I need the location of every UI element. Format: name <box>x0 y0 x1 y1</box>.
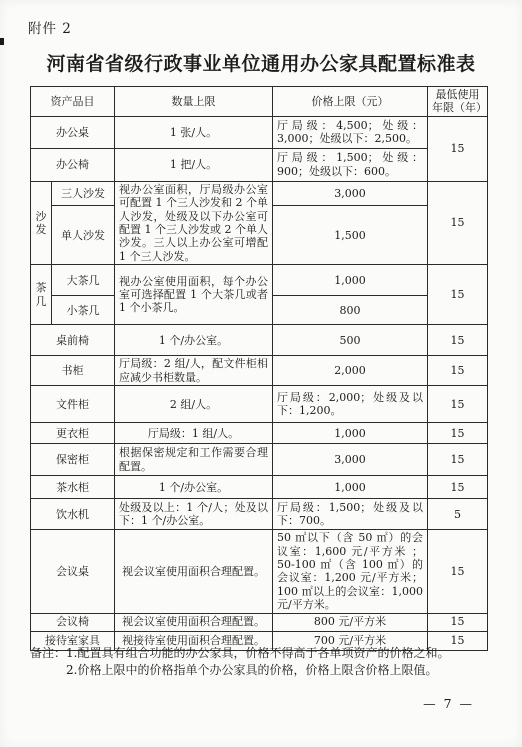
cell-desk-item: 办公桌 <box>31 116 115 148</box>
cell-wardrobe-price: 1,000 <box>273 423 428 444</box>
cell-desk-chair-years: 15 <box>428 325 488 356</box>
cell-tea-cabinet-price: 1,000 <box>273 476 428 499</box>
cell-conference-chair-years: 15 <box>428 613 488 631</box>
cell-conference-table-years: 15 <box>428 530 488 613</box>
cell-tea-small-price: 800 <box>273 296 428 325</box>
cell-wardrobe-item: 更衣柜 <box>31 423 115 444</box>
table-row-tea-cabinet: 茶水柜 1 个/办公室。 1,000 15 <box>31 476 488 499</box>
cell-tea-small-item: 小茶几 <box>52 296 115 325</box>
cell-office-chair-item: 办公椅 <box>31 148 115 181</box>
cell-conference-table-price: 50 ㎡以下（含 50 ㎡）的会议室：1,600 元/平方米 ；50-100 ㎡… <box>273 530 428 613</box>
cell-water-dispenser-quantity: 处级及以上：1 个/人；处及以下：1 个/办公室。 <box>115 499 273 530</box>
cell-desk-price: 厅局级：4,500；处级：3,000；处级以下：2,500。 <box>273 116 428 148</box>
cell-safe-cabinet-quantity: 根据保密规定和工作需要合理配置。 <box>115 444 273 476</box>
cell-sofa-quantity: 视办公室面积，厅局级办公室可配置 1 个三人沙发和 2 个单人沙发，处级及以下办… <box>115 181 273 264</box>
footnote-1-text: 1.配置具有组合功能的办公家具，价格不得高于各单项资产的价格之和。 <box>66 646 449 660</box>
header-item: 资产品目 <box>31 87 115 117</box>
cell-safe-cabinet-years: 15 <box>428 444 488 476</box>
cell-file-cabinet-item: 文件柜 <box>31 386 115 423</box>
table-row-office-chair: 办公椅 1 把/人。 厅局级：1,500；处级：900；处级以下：600。 <box>31 148 488 181</box>
cell-sofa-single-item: 单人沙发 <box>52 206 115 265</box>
table-row-bookcase: 书柜 厅局级：2 组/人，配文件柜相应减少书柜数量。 2,000 15 <box>31 356 488 386</box>
cell-sofa-three-item: 三人沙发 <box>52 181 115 205</box>
cell-tea-cabinet-quantity: 1 个/办公室。 <box>115 476 273 499</box>
cell-tea-years: 15 <box>428 265 488 325</box>
cell-sofa-single-price: 1,500 <box>273 206 428 265</box>
table-row-safe-cabinet: 保密柜 根据保密规定和工作需要合理配置。 3,000 15 <box>31 444 488 476</box>
cell-office-chair-quantity: 1 把/人。 <box>115 148 273 181</box>
cell-office-chair-price: 厅局级：1,500；处级：900；处级以下：600。 <box>273 148 428 181</box>
cell-conference-table-item: 会议桌 <box>31 530 115 613</box>
table-row-water-dispenser: 饮水机 处级及以上：1 个/人；处及以下：1 个/办公室。 厅局级：1,500；… <box>31 499 488 530</box>
cell-bookcase-years: 15 <box>428 356 488 386</box>
document-title: 河南省省级行政事业单位通用办公家具配置标准表 <box>0 49 522 76</box>
cell-water-dispenser-price: 厅局级：1,500；处级及以下：700。 <box>273 499 428 530</box>
table-row-conference-chair: 会议椅 视会议室使用面积合理配置。 800 元/平方米 15 <box>31 613 488 631</box>
attachment-label: 附件 2 <box>28 17 72 37</box>
cell-sofa-group-label: 沙发 <box>31 181 52 264</box>
cell-desk-chair-price: 500 <box>273 325 428 356</box>
table-row-desk-chair: 桌前椅 1 个/办公室。 500 15 <box>31 325 488 356</box>
cell-sofa-years: 15 <box>428 181 488 264</box>
footnotes: 备注：1.配置具有组合功能的办公家具，价格不得高于各单项资产的价格之和。 2.价… <box>30 645 492 679</box>
cell-tea-cabinet-item: 茶水柜 <box>31 476 115 499</box>
cell-conference-table-quantity: 视会议室使用面积合理配置。 <box>115 530 273 613</box>
cell-wardrobe-quantity: 厅局级：1 组/人。 <box>115 423 273 444</box>
table-row-file-cabinet: 文件柜 2 组/人。 厅局级：2,000；处级及以下：1,200。 15 <box>31 386 488 423</box>
cell-file-cabinet-years: 15 <box>428 386 488 423</box>
cell-water-dispenser-years: 5 <box>428 499 488 530</box>
cell-desk-chair-quantity: 1 个/办公室。 <box>115 325 273 356</box>
furniture-standards-table: 资产品目 数量上限 价格上限（元） 最低使用年限（年） 办公桌 1 张/人。 厅… <box>30 86 488 651</box>
cell-conference-chair-price: 800 元/平方米 <box>273 613 428 631</box>
cell-file-cabinet-price: 厅局级：2,000；处级及以下：1,200。 <box>273 386 428 423</box>
header-price: 价格上限（元） <box>273 87 428 117</box>
table-row-desk: 办公桌 1 张/人。 厅局级：4,500；处级：3,000；处级以下：2,500… <box>31 116 488 148</box>
cell-conference-chair-quantity: 视会议室使用面积合理配置。 <box>115 613 273 631</box>
cell-conference-chair-item: 会议椅 <box>31 613 115 631</box>
cell-tea-large-price: 1,000 <box>273 265 428 296</box>
header-quantity: 数量上限 <box>115 87 273 117</box>
cell-tea-large-item: 大茶几 <box>52 265 115 296</box>
cell-desk-chair-years: 15 <box>428 116 488 181</box>
cell-bookcase-price: 2,000 <box>273 356 428 386</box>
footnote-line-1: 备注：1.配置具有组合功能的办公家具，价格不得高于各单项资产的价格之和。 <box>30 645 492 662</box>
table-row-wardrobe: 更衣柜 厅局级：1 组/人。 1,000 15 <box>31 423 488 444</box>
cell-desk-chair-item: 桌前椅 <box>31 325 115 356</box>
cell-bookcase-item: 书柜 <box>31 356 115 386</box>
cell-tea-quantity: 视办公室使用面积，每个办公室可选择配置 1 个大茶几或者 1 个小茶几。 <box>115 265 273 325</box>
standards-table-wrapper: 资产品目 数量上限 价格上限（元） 最低使用年限（年） 办公桌 1 张/人。 厅… <box>30 86 488 651</box>
header-years: 最低使用年限（年） <box>428 87 488 117</box>
footnote-label: 备注： <box>30 646 66 660</box>
cell-wardrobe-years: 15 <box>428 423 488 444</box>
table-row-tea-large: 茶几 大茶几 视办公室使用面积，每个办公室可选择配置 1 个大茶几或者 1 个小… <box>31 265 488 296</box>
cell-bookcase-quantity: 厅局级：2 组/人，配文件柜相应减少书柜数量。 <box>115 356 273 386</box>
page-number: — 7 — <box>423 696 474 711</box>
cell-sofa-three-price: 3,000 <box>273 181 428 205</box>
scan-artifact <box>0 38 4 45</box>
cell-desk-quantity: 1 张/人。 <box>115 116 273 148</box>
header-row: 资产品目 数量上限 价格上限（元） 最低使用年限（年） <box>31 87 488 117</box>
scanned-document-page: 附件 2 河南省省级行政事业单位通用办公家具配置标准表 资产品目 数量上限 价格… <box>0 0 522 747</box>
cell-safe-cabinet-price: 3,000 <box>273 444 428 476</box>
footnote-line-2: 2.价格上限中的价格指单个办公家具的价格，价格上限含价格上限值。 <box>66 662 492 679</box>
cell-file-cabinet-quantity: 2 组/人。 <box>115 386 273 423</box>
table-row-conference-table: 会议桌 视会议室使用面积合理配置。 50 ㎡以下（含 50 ㎡）的会议室：1,6… <box>31 530 488 613</box>
cell-tea-cabinet-years: 15 <box>428 476 488 499</box>
cell-water-dispenser-item: 饮水机 <box>31 499 115 530</box>
cell-safe-cabinet-item: 保密柜 <box>31 444 115 476</box>
table-row-sofa-three: 沙发 三人沙发 视办公室面积，厅局级办公室可配置 1 个三人沙发和 2 个单人沙… <box>31 181 488 205</box>
cell-tea-group-label: 茶几 <box>31 265 52 325</box>
